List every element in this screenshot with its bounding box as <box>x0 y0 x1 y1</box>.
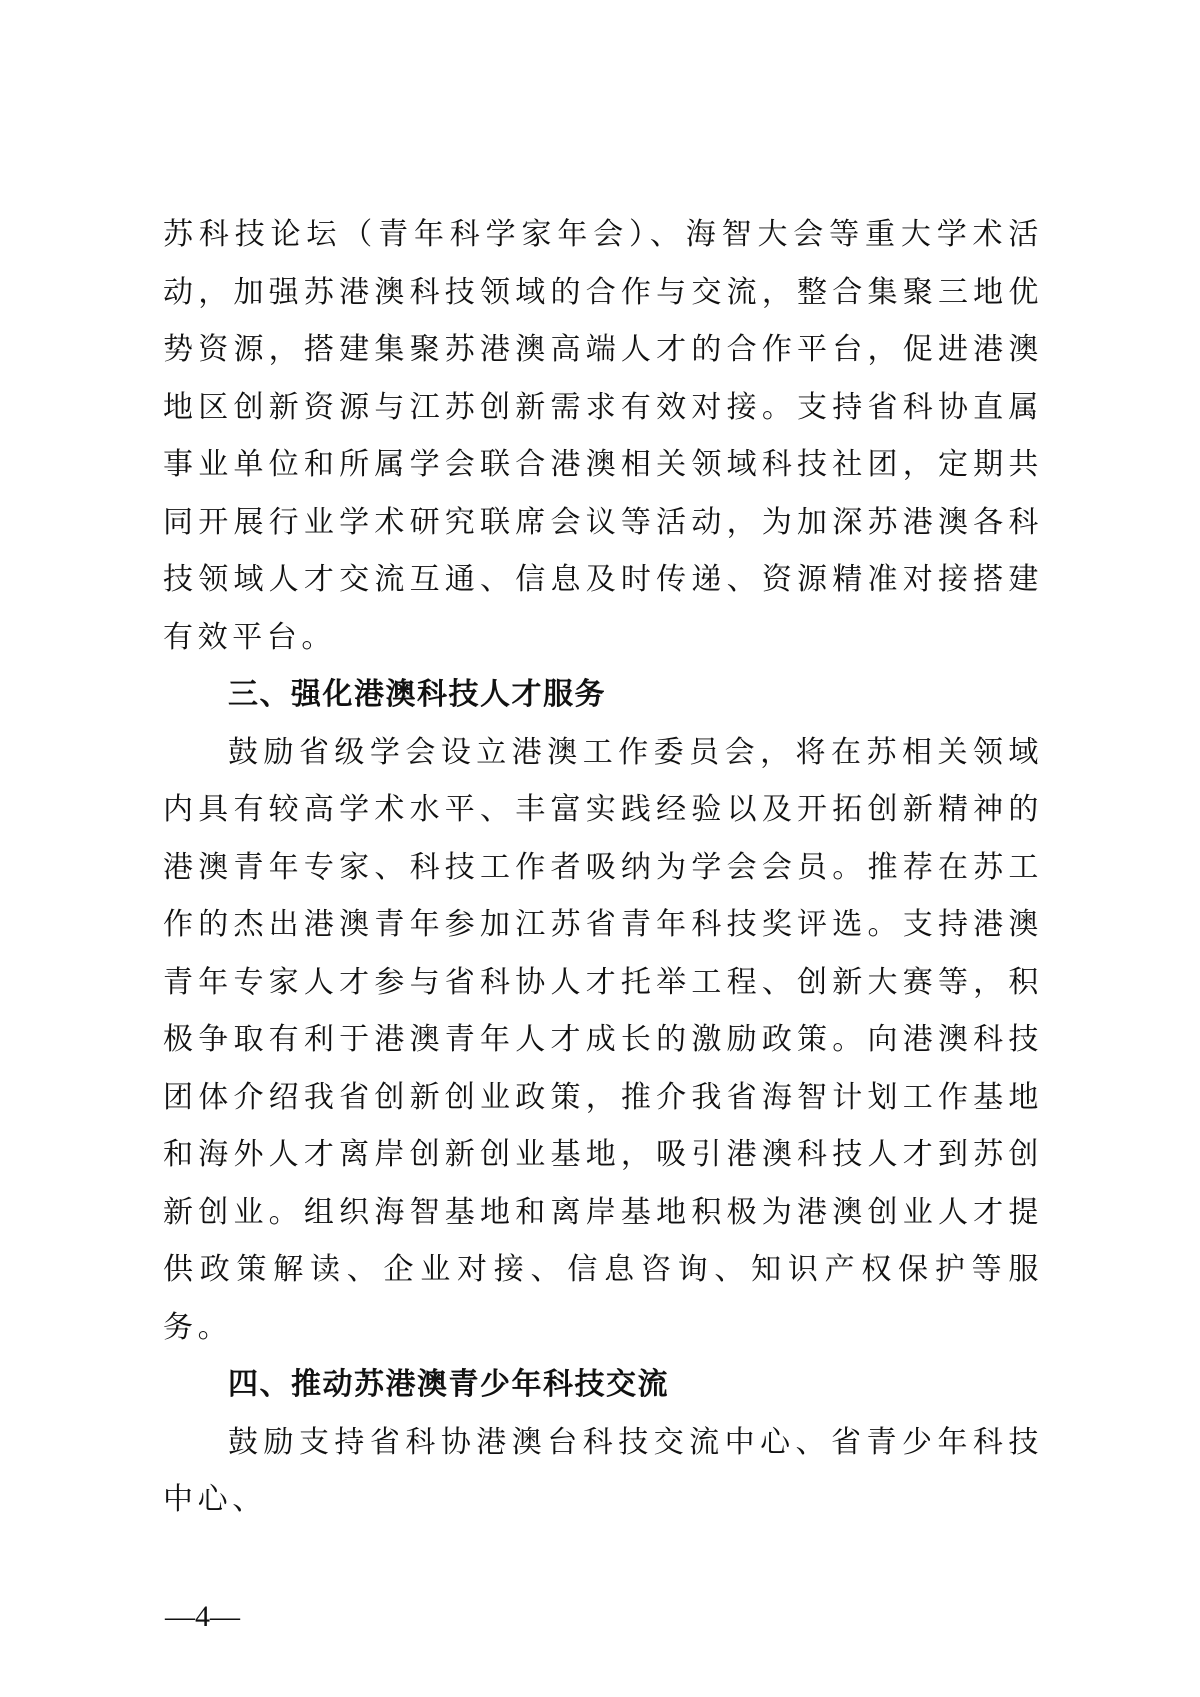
section-heading-4: 四、推动苏港澳青少年科技交流 <box>163 1356 1043 1414</box>
paragraph-youth-exchange: 鼓励支持省科协港澳台科技交流中心、省青少年科技中心、 <box>163 1414 1043 1529</box>
document-page: 苏科技论坛（青年科学家年会）、海智大会等重大学术活动，加强苏港澳科技领域的合作与… <box>0 0 1200 1697</box>
paragraph-continuation: 苏科技论坛（青年科学家年会）、海智大会等重大学术活动，加强苏港澳科技领域的合作与… <box>163 206 1043 666</box>
document-body: 苏科技论坛（青年科学家年会）、海智大会等重大学术活动，加强苏港澳科技领域的合作与… <box>163 206 1043 1529</box>
page-number: —4— <box>165 1600 240 1634</box>
paragraph-talent-service: 鼓励省级学会设立港澳工作委员会，将在苏相关领域内具有较高学术水平、丰富实践经验以… <box>163 724 1043 1357</box>
section-heading-3: 三、强化港澳科技人才服务 <box>163 666 1043 724</box>
